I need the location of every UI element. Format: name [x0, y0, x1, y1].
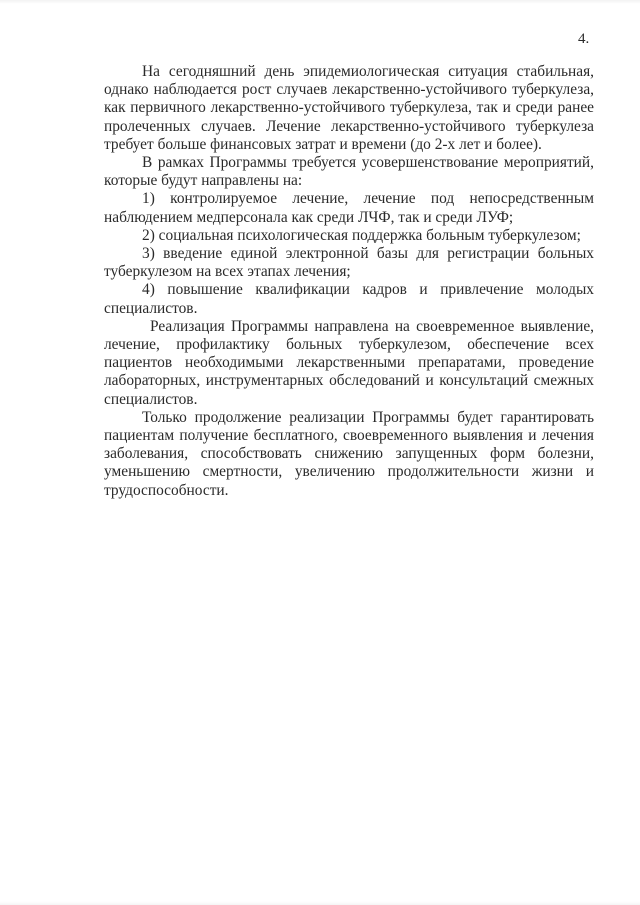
- scan-edge-top: [0, 0, 640, 4]
- paragraph-epidemiological-situation: На сегодняшний день эпидемиологическая с…: [104, 63, 594, 154]
- list-item-controlled-treatment: 1) контролируемое лечение, лечение под н…: [104, 190, 594, 226]
- paragraph-program-continuation: Только продолжение реализации Программы …: [104, 409, 594, 500]
- page-number: 4.: [578, 30, 589, 48]
- document-body: На сегодняшний день эпидемиологическая с…: [104, 63, 594, 500]
- scan-edge-bottom: [0, 901, 640, 905]
- paragraph-program-implementation: Реализация Программы направлена на своев…: [104, 318, 594, 409]
- paragraph-program-measures-intro: В рамках Программы требуется усовершенст…: [104, 154, 594, 190]
- list-item-psychological-support: 2) социальная психологическая поддержка …: [104, 227, 594, 245]
- list-item-staff-qualification: 4) повышение квалификации кадров и привл…: [104, 281, 594, 317]
- list-item-electronic-database: 3) введение единой электронной базы для …: [104, 245, 594, 281]
